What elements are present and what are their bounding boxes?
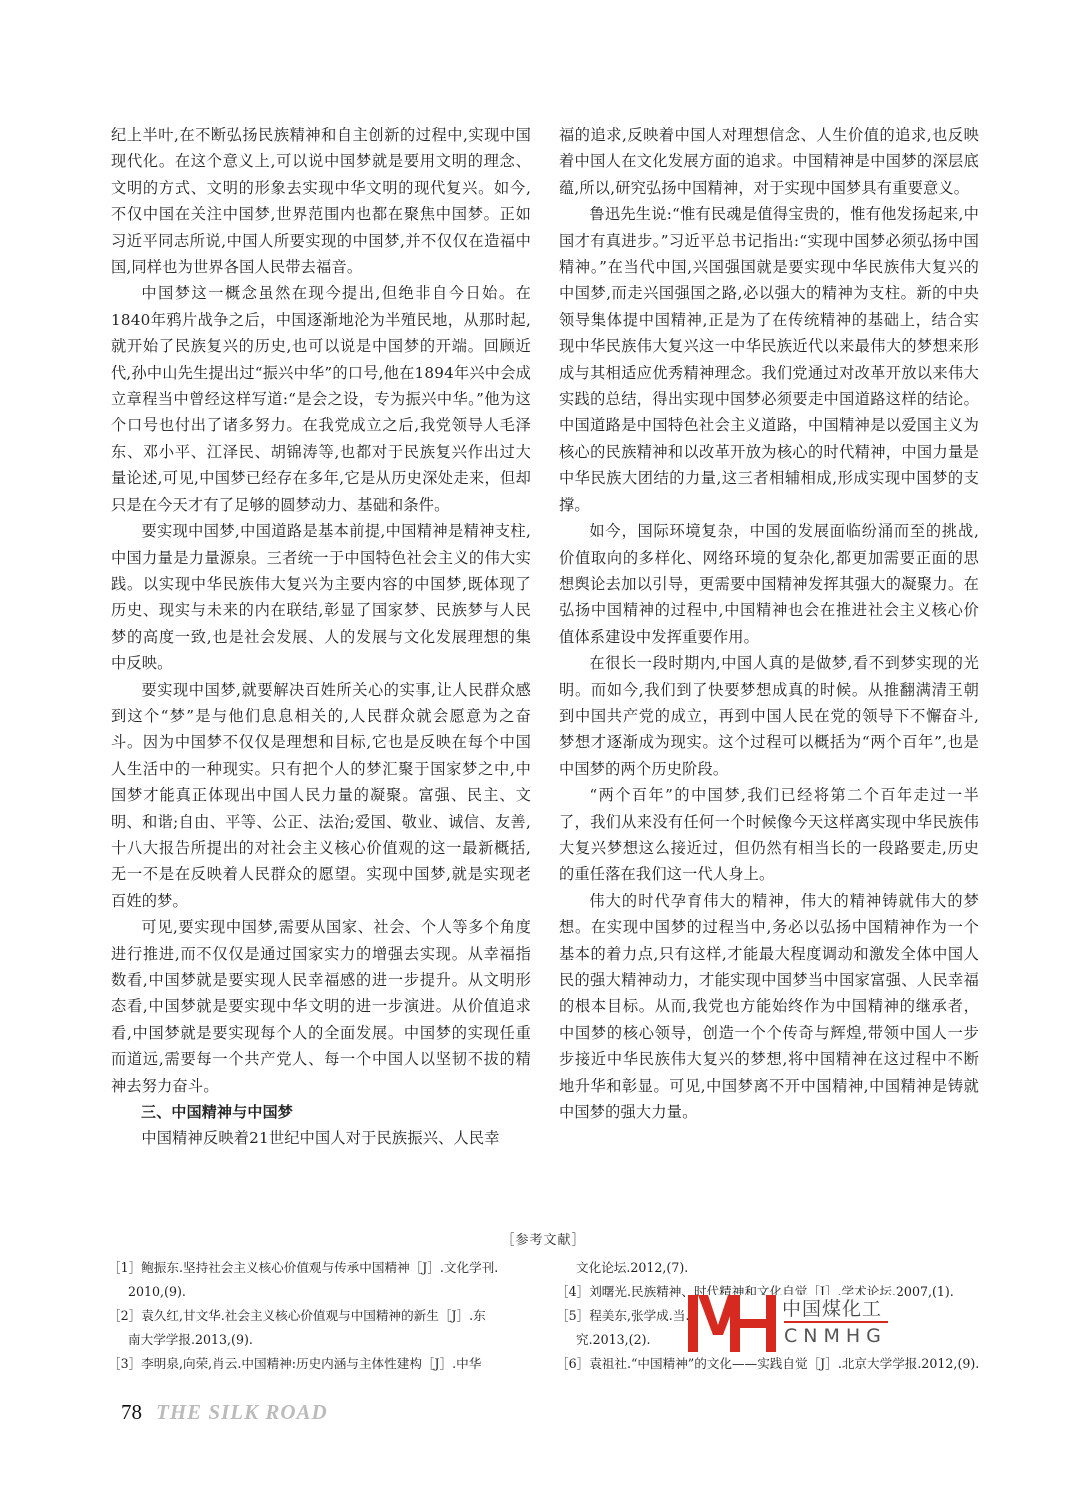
paragraph: 要实现中国梦,中国道路是基本前提,中国精神是精神支柱,中国力量是力量源泉。三者统… — [111, 518, 531, 676]
watermark-chinese-name: 中国煤化工 — [782, 1294, 882, 1321]
paragraph: 鲁迅先生说:“惟有民魂是值得宝贵的，惟有他发扬起来,中国才有真进步。”习近平总书… — [559, 201, 979, 518]
paragraph: 可见,要实现中国梦,需要从国家、社会、个人等多个角度进行推进,而不仅仅是通过国家… — [111, 914, 531, 1099]
reference-item: ［1］鲍振东.坚持社会主义核心价值观与传承中国精神［J］.文化学刊. — [108, 1256, 533, 1280]
reference-continuation: 南大学学报.2013,(9). — [108, 1328, 533, 1352]
paragraph: 中国梦这一概念虽然在现今提出,但绝非自今日始。在1840年鸦片战争之后，中国逐渐… — [111, 280, 531, 518]
cnmhg-logo-icon — [688, 1295, 776, 1352]
page-number: 78 — [121, 1400, 142, 1424]
journal-name: THE SILK ROAD — [156, 1400, 328, 1424]
page-footer: 78 THE SILK ROAD — [121, 1400, 328, 1425]
watermark-logo: 中国煤化工 CNMHG — [688, 1295, 898, 1352]
paragraph: 要实现中国梦,就要解决百姓所关心的实事,让人民群众感到这个“梦”是与他们息息相关… — [111, 677, 531, 915]
reference-item: ［3］李明泉,向荣,肖云.中国精神:历史内涵与主体性建构［J］.中华 — [108, 1352, 533, 1376]
reference-item: ［2］袁久红,甘文华.社会主义核心价值观与中国精神的新生［J］.东 — [108, 1304, 533, 1328]
watermark-divider — [784, 1321, 888, 1323]
references-heading: ［参考文献］ — [0, 1229, 1087, 1248]
paragraph: 福的追求,反映着中国人对理想信念、人生价值的追求,也反映着中国人在文化发展方面的… — [559, 122, 979, 201]
watermark-english-name: CNMHG — [784, 1325, 887, 1347]
left-column: 纪上半叶,在不断弘扬民族精神和自主创新的过程中,实现中国现代化。在这个意义上,可… — [111, 122, 531, 1152]
reference-continuation: 2010,(9). — [108, 1280, 533, 1304]
reference-item: ［6］袁祖社.“中国精神”的文化——实践自觉［J］.北京大学学报.2012,(9… — [556, 1352, 981, 1376]
paragraph: 在很长一段时期内,中国人真的是做梦,看不到梦实现的光明。而如今,我们到了快要梦想… — [559, 650, 979, 782]
section-heading: 三、中国精神与中国梦 — [111, 1099, 531, 1125]
paragraph: 伟大的时代孕育伟大的精神，伟大的精神铸就伟大的梦想。在实现中国梦的过程当中,务必… — [559, 888, 979, 1126]
right-column: 福的追求,反映着中国人对理想信念、人生价值的追求,也反映着中国人在文化发展方面的… — [559, 122, 979, 1125]
paragraph: “两个百年”的中国梦,我们已经将第二个百年走过一半了，我们从来没有任何一个时候像… — [559, 782, 979, 888]
reference-continuation: 文化论坛.2012,(7). — [556, 1256, 981, 1280]
paragraph: 中国精神反映着21世纪中国人对于民族振兴、人民幸 — [111, 1125, 531, 1151]
paragraph: 纪上半叶,在不断弘扬民族精神和自主创新的过程中,实现中国现代化。在这个意义上,可… — [111, 122, 531, 280]
paragraph: 如今，国际环境复杂，中国的发展面临纷涌而至的挑战,价值取向的多样化、网络环境的复… — [559, 518, 979, 650]
references-left: ［1］鲍振东.坚持社会主义核心价值观与传承中国精神［J］.文化学刊. 2010,… — [108, 1256, 533, 1376]
